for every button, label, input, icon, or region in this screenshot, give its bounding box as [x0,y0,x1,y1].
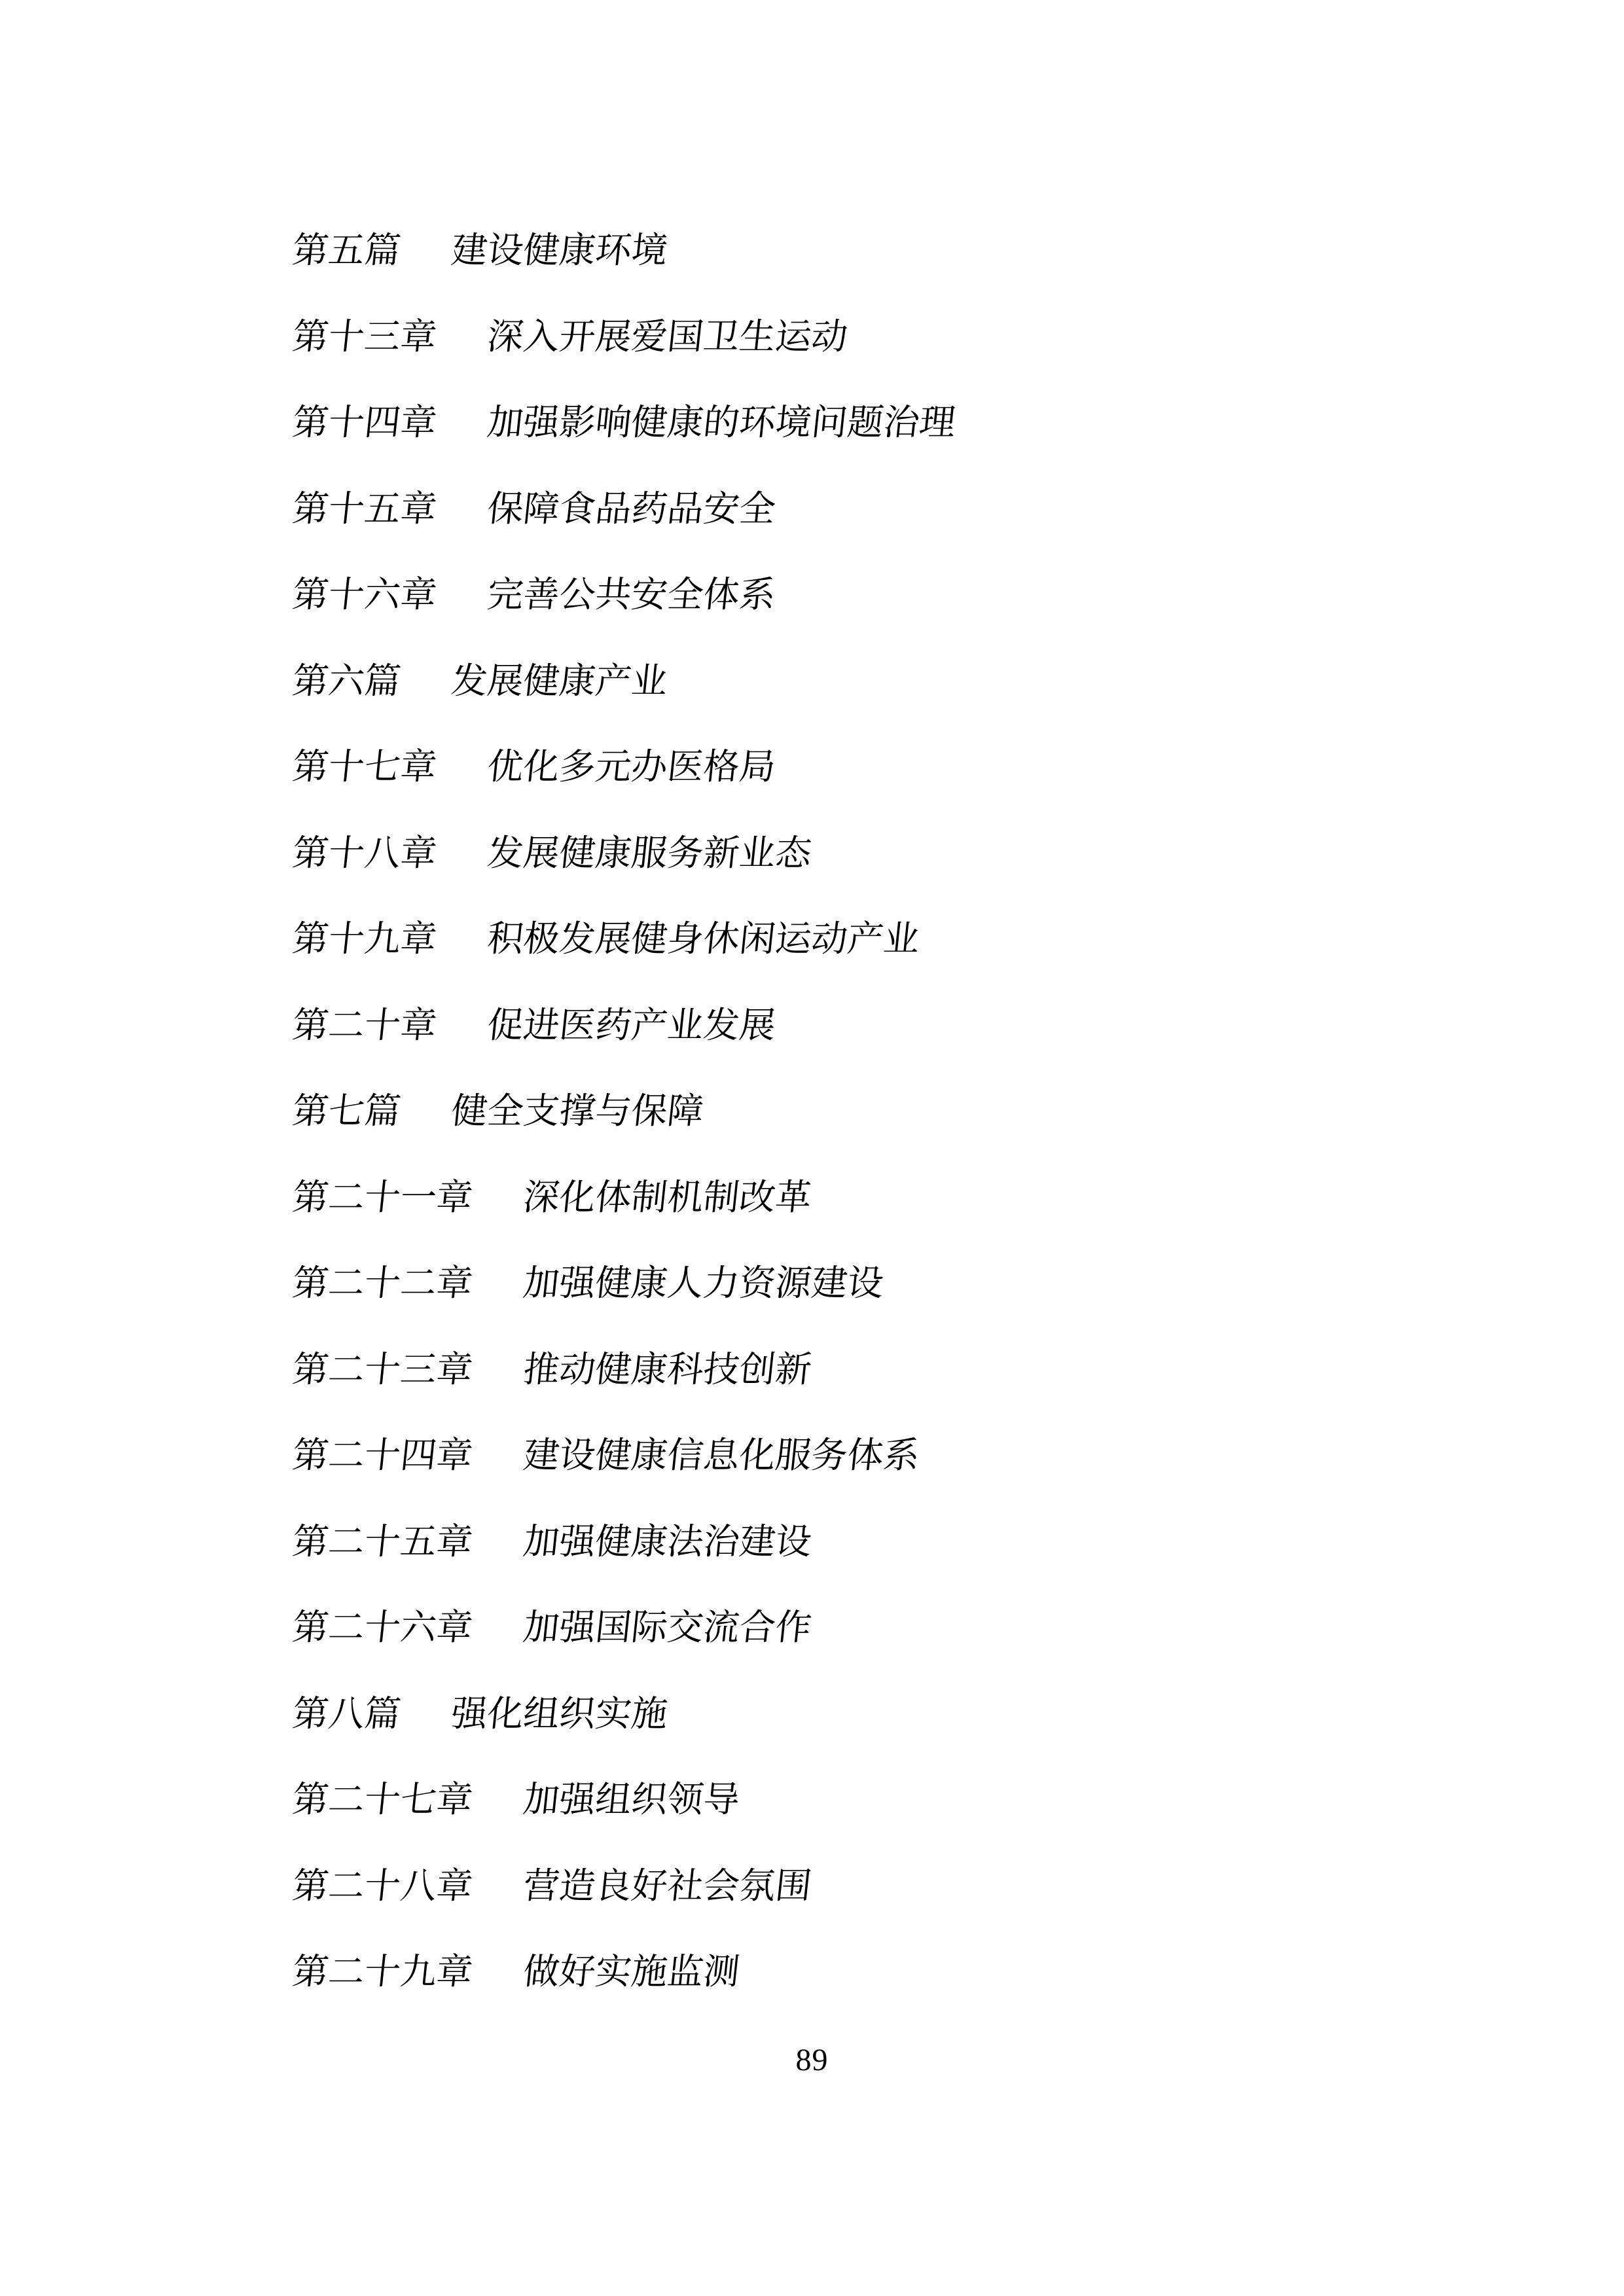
toc-entry-title: 做好实施监测 [519,1929,744,2015]
toc-entry-title: 发展健康产业 [447,638,672,725]
toc-entry-label: 第十七章 [288,724,441,810]
toc-entry-title: 优化多元办医格局 [483,724,780,810]
toc-entry-title: 深入开展爱国卫生运动 [483,294,852,380]
toc-entry-chapter: 第二十三章 推动健康科技创新 [288,1327,960,1413]
toc-entry-title: 推动健康科技创新 [519,1327,816,1413]
toc-entry-chapter: 第二十五章 加强健康法治建设 [288,1499,960,1585]
toc-entry-label: 第十九章 [288,896,441,982]
toc-entry-title: 加强组织领导 [519,1757,744,1843]
toc-entry-label: 第二十三章 [288,1327,477,1413]
toc-entry-label: 第二十一章 [288,1155,477,1241]
toc-entry-label: 第二十二章 [288,1240,477,1327]
toc-entry-title: 促进医药产业发展 [483,982,780,1069]
toc-entry-part: 第七篇 健全支撑与保障 [288,1068,960,1155]
toc-entry-label: 第六篇 [288,638,405,725]
toc-entry-title: 强化组织实施 [447,1671,672,1757]
toc-entry-part: 第六篇 发展健康产业 [288,638,960,725]
toc-entry-label: 第十八章 [288,810,441,897]
toc-entry-label: 第十六章 [288,552,441,638]
toc-entry-chapter: 第十四章 加强影响健康的环境问题治理 [288,380,960,466]
toc-entry-chapter: 第二十六章 加强国际交流合作 [288,1585,960,1671]
toc-entry-label: 第十三章 [288,294,441,380]
toc-entry-label: 第二十章 [288,982,441,1069]
toc-entry-title: 深化体制机制改革 [519,1155,816,1241]
toc-entry-label: 第二十九章 [288,1929,477,2015]
toc-entry-chapter: 第二十八章 营造良好社会氛围 [288,1843,960,1929]
toc-entry-label: 第七篇 [288,1068,405,1155]
toc-entry-label: 第八篇 [288,1671,405,1757]
toc-entry-title: 建设健康环境 [447,207,672,294]
toc-entry-title: 加强健康人力资源建设 [519,1240,888,1327]
toc-entry-chapter: 第十七章 优化多元办医格局 [288,724,960,810]
toc-entry-label: 第二十八章 [288,1843,477,1929]
toc-entry-chapter: 第十九章 积极发展健身休闲运动产业 [288,896,960,982]
toc-entry-label: 第二十四章 [288,1412,477,1499]
toc-entry-chapter: 第十三章 深入开展爱国卫生运动 [288,294,960,380]
toc-entry-title: 健全支撑与保障 [447,1068,708,1155]
toc-entry-title: 发展健康服务新业态 [483,810,816,897]
toc-list: 第五篇 建设健康环境 第十三章 深入开展爱国卫生运动 第十四章 加强影响健康的环… [288,207,951,2015]
toc-entry-part: 第五篇 建设健康环境 [288,207,960,294]
toc-entry-chapter: 第十五章 保障食品药品安全 [288,466,960,552]
toc-entry-title: 加强影响健康的环境问题治理 [483,380,960,466]
toc-entry-chapter: 第十八章 发展健康服务新业态 [288,810,960,897]
toc-entry-chapter: 第二十四章 建设健康信息化服务体系 [288,1412,960,1499]
toc-entry-chapter: 第二十九章 做好实施监测 [288,1929,960,2015]
toc-entry-chapter: 第二十一章 深化体制机制改革 [288,1155,960,1241]
toc-entry-chapter: 第二十七章 加强组织领导 [288,1757,960,1843]
toc-entry-title: 保障食品药品安全 [483,466,780,552]
toc-entry-part: 第八篇 强化组织实施 [288,1671,960,1757]
toc-entry-chapter: 第十六章 完善公共安全体系 [288,552,960,638]
toc-entry-title: 加强健康法治建设 [519,1499,816,1585]
toc-entry-title: 营造良好社会氛围 [519,1843,816,1929]
toc-entry-title: 加强国际交流合作 [519,1585,816,1671]
toc-entry-title: 完善公共安全体系 [483,552,780,638]
toc-entry-label: 第十五章 [288,466,441,552]
toc-entry-label: 第二十六章 [288,1585,477,1671]
document-page: 第五篇 建设健康环境 第十三章 深入开展爱国卫生运动 第十四章 加强影响健康的环… [0,0,1624,2296]
page-number: 89 [0,2045,1624,2076]
toc-entry-chapter: 第二十章 促进医药产业发展 [288,982,960,1069]
toc-entry-chapter: 第二十二章 加强健康人力资源建设 [288,1240,960,1327]
toc-entry-title: 建设健康信息化服务体系 [519,1412,924,1499]
toc-entry-label: 第五篇 [288,207,405,294]
toc-entry-title: 积极发展健身休闲运动产业 [483,896,924,982]
toc-entry-label: 第二十七章 [288,1757,477,1843]
toc-entry-label: 第二十五章 [288,1499,477,1585]
toc-entry-label: 第十四章 [288,380,441,466]
